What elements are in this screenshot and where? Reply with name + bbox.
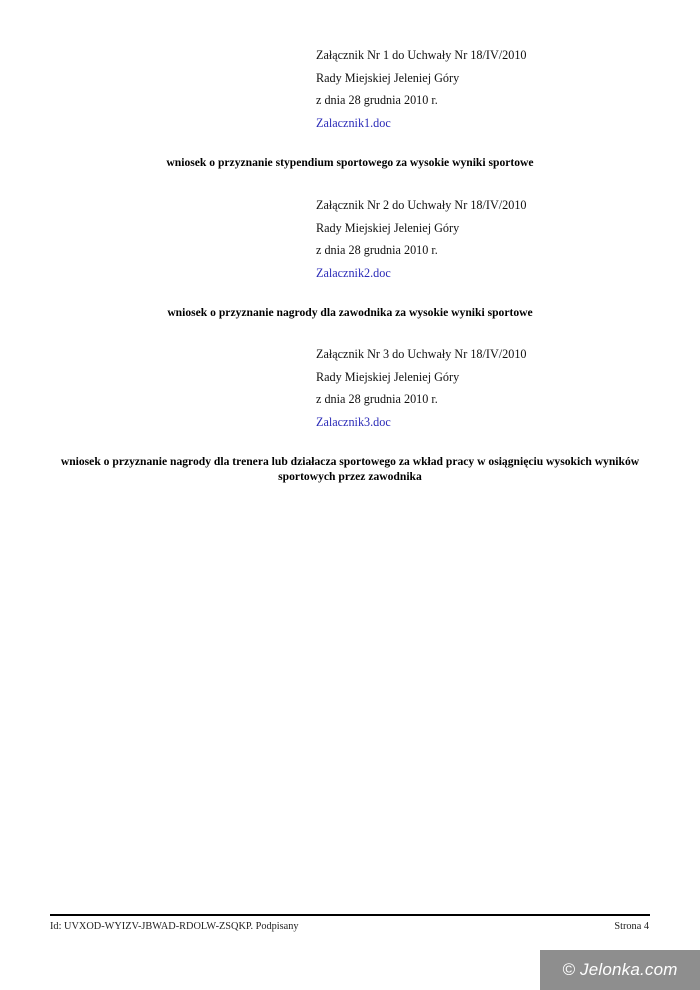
attachment-heading: Załącznik Nr 3 do Uchwały Nr 18/IV/2010 bbox=[316, 343, 646, 366]
attachment-heading: Załącznik Nr 1 do Uchwały Nr 18/IV/2010 bbox=[316, 44, 646, 67]
attachment-1-title: wniosek o przyznanie stypendium sportowe… bbox=[40, 155, 660, 170]
attachment-3-title: wniosek o przyznanie nagrody dla trenera… bbox=[48, 454, 652, 484]
attachment-council: Rady Miejskiej Jeleniej Góry bbox=[316, 366, 646, 389]
document-id: Id: UVXOD-WYIZV-JBWAD-RDOLW-ZSQKP. Podpi… bbox=[50, 921, 299, 932]
attachment-3-link[interactable]: Zalacznik3.doc bbox=[316, 415, 391, 429]
attachment-council: Rady Miejskiej Jeleniej Góry bbox=[316, 67, 646, 90]
attachment-3-block: Załącznik Nr 3 do Uchwały Nr 18/IV/2010 … bbox=[316, 343, 646, 433]
attachment-2-title: wniosek o przyznanie nagrody dla zawodni… bbox=[40, 305, 660, 320]
attachment-date: z dnia 28 grudnia 2010 r. bbox=[316, 89, 646, 112]
attachment-date: z dnia 28 grudnia 2010 r. bbox=[316, 239, 646, 262]
attachment-council: Rady Miejskiej Jeleniej Góry bbox=[316, 217, 646, 240]
attachment-heading: Załącznik Nr 2 do Uchwały Nr 18/IV/2010 bbox=[316, 194, 646, 217]
attachment-2-block: Załącznik Nr 2 do Uchwały Nr 18/IV/2010 … bbox=[316, 194, 646, 284]
attachment-1-block: Załącznik Nr 1 do Uchwały Nr 18/IV/2010 … bbox=[316, 44, 646, 134]
footer-divider bbox=[50, 914, 650, 916]
attachment-2-link[interactable]: Zalacznik2.doc bbox=[316, 266, 391, 280]
attachment-1-link[interactable]: Zalacznik1.doc bbox=[316, 116, 391, 130]
page-number: Strona 4 bbox=[614, 921, 649, 932]
attachment-date: z dnia 28 grudnia 2010 r. bbox=[316, 388, 646, 411]
watermark: © Jelonka.com bbox=[540, 950, 700, 990]
